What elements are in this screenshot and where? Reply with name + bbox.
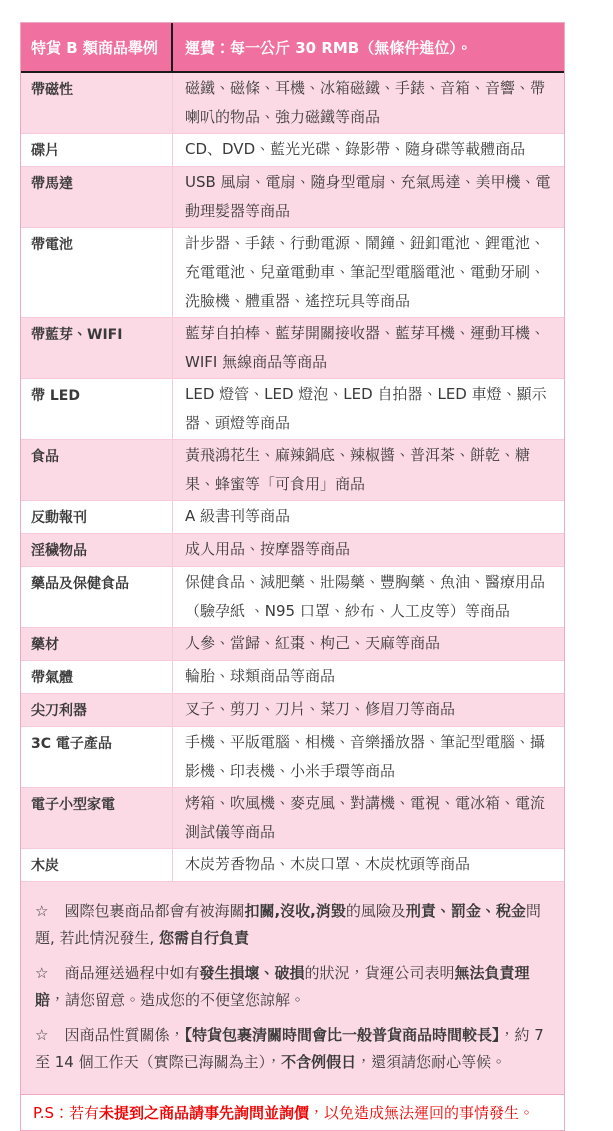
- items-cell: 手機、平版電腦、相機、音樂播放器、筆記型電腦、攝影機、印表機、小米手環等商品: [173, 727, 564, 787]
- note-text: 的風險及: [346, 902, 406, 920]
- items-cell: LED 燈管、LED 燈泡、LED 自拍器、LED 車燈、顯示器、頭燈等商品: [173, 379, 564, 439]
- table-row: 帶 LEDLED 燈管、LED 燈泡、LED 自拍器、LED 車燈、顯示器、頭燈…: [21, 378, 564, 439]
- note-text: 商品運送過程中如有: [64, 964, 199, 982]
- postscript-text: P.S：若有: [33, 1104, 99, 1122]
- header-category-cell: 特貨 B 類商品舉例: [21, 23, 173, 71]
- table-row: 帶馬達USB 風扇、電扇、隨身型電扇、充氣馬達、美甲機、電動理髮器等商品: [21, 166, 564, 227]
- postscript-text-bold: 未提到之商品請事先詢問並詢價: [99, 1104, 309, 1122]
- table-header-row: 特貨 B 類商品舉例 運費：每一公斤 30 RMB（無條件進位）。: [21, 23, 564, 73]
- star-icon: ☆: [35, 902, 48, 920]
- note-text-bold: 刑責、罰金、稅金: [406, 902, 526, 920]
- items-cell: 烤箱、吹風機、麥克風、對講機、電視、電冰箱、電流測試儀等商品: [173, 788, 564, 848]
- category-cell: 藥材: [21, 628, 173, 660]
- table-row: 反動報刊A 級書刊等商品: [21, 500, 564, 533]
- table-row: 帶氣體輪胎、球類商品等商品: [21, 660, 564, 693]
- items-cell: 黃飛鴻花生、麻辣鍋底、辣椒醬、普洱茶、餅乾、糖果、蜂蜜等「可食用」商品: [173, 440, 564, 500]
- category-cell: 食品: [21, 440, 173, 500]
- table-row: 尖刀利器叉子、剪刀、刀片、菜刀、修眉刀等商品: [21, 693, 564, 726]
- postscript-row: P.S：若有未提到之商品請事先詢問並詢價，以免造成無法運回的事情發生。: [21, 1094, 564, 1130]
- freight-table: 特貨 B 類商品舉例 運費：每一公斤 30 RMB（無條件進位）。 帶磁性磁鐵、…: [20, 22, 565, 1131]
- header-shipping-fee-cell: 運費：每一公斤 30 RMB（無條件進位）。: [173, 23, 564, 71]
- category-cell: 帶磁性: [21, 73, 173, 133]
- table-row: 淫穢物品成人用品、按摩器等商品: [21, 533, 564, 566]
- note-text-bold: 發生損壞、破損: [199, 964, 304, 982]
- category-cell: 帶馬達: [21, 167, 173, 227]
- note-text: ，請您留意。造成您的不便望您諒解。: [50, 991, 305, 1009]
- note-text-bold: 【特貨包裹清關時間會比一般普貨商品時間較長】: [184, 1026, 499, 1044]
- items-cell: 輪胎、球類商品等商品: [173, 661, 564, 693]
- items-cell: 藍芽自拍棒、藍芽開關接收器、藍芽耳機、運動耳機、WIFI 無線商品等商品: [173, 318, 564, 378]
- items-cell: A 級書刊等商品: [173, 501, 564, 533]
- note-paragraph: ☆商品運送過程中如有發生損壞、破損的狀況，貨運公司表明無法負責理賠，請您留意。造…: [35, 960, 550, 1014]
- table-row: 碟片CD、DVD、藍光光碟、錄影帶、隨身碟等載體商品: [21, 133, 564, 166]
- category-cell: 帶藍芽、WIFI: [21, 318, 173, 378]
- category-cell: 木炭: [21, 849, 173, 881]
- note-text: 因商品性質關係，: [64, 1026, 184, 1044]
- note-text: ，還須請您耐心等候。: [356, 1053, 506, 1071]
- category-cell: 碟片: [21, 134, 173, 166]
- table-row: 帶磁性磁鐵、磁條、耳機、冰箱磁鐵、手錶、音箱、音響、帶喇叭的物品、強力磁鐵等商品: [21, 73, 564, 133]
- table-row: 帶藍芽、WIFI藍芽自拍棒、藍芽開關接收器、藍芽耳機、運動耳機、WIFI 無線商…: [21, 317, 564, 378]
- items-cell: USB 風扇、電扇、隨身型電扇、充氣馬達、美甲機、電動理髮器等商品: [173, 167, 564, 227]
- category-cell: 帶 LED: [21, 379, 173, 439]
- table-row: 帶電池計步器、手錶、行動電源、鬧鐘、鈕釦電池、鋰電池、充電電池、兒童電動車、筆記…: [21, 227, 564, 317]
- table-row: 食品黃飛鴻花生、麻辣鍋底、辣椒醬、普洱茶、餅乾、糖果、蜂蜜等「可食用」商品: [21, 439, 564, 500]
- category-cell: 帶電池: [21, 228, 173, 317]
- items-cell: 保健食品、減肥藥、壯陽藥、豐胸藥、魚油、醫療用品（驗孕紙 、N95 口罩、紗布、…: [173, 567, 564, 627]
- note-text-bold: 不含例假日: [281, 1053, 356, 1071]
- category-cell: 電子小型家電: [21, 788, 173, 848]
- table-body: 帶磁性磁鐵、磁條、耳機、冰箱磁鐵、手錶、音箱、音響、帶喇叭的物品、強力磁鐵等商品…: [21, 73, 564, 881]
- note-text-bold: 您需自行負責: [159, 929, 249, 947]
- page: { "colors": { "header_bg": "#F0719F", "h…: [0, 0, 613, 1131]
- table-row: 木炭木炭芳香物品、木炭口罩、木炭枕頭等商品: [21, 848, 564, 881]
- category-cell: 反動報刊: [21, 501, 173, 533]
- category-cell: 淫穢物品: [21, 534, 173, 566]
- items-cell: 計步器、手錶、行動電源、鬧鐘、鈕釦電池、鋰電池、充電電池、兒童電動車、筆記型電腦…: [173, 228, 564, 317]
- star-icon: ☆: [35, 964, 48, 982]
- category-cell: 尖刀利器: [21, 694, 173, 726]
- items-cell: 成人用品、按摩器等商品: [173, 534, 564, 566]
- items-cell: 磁鐵、磁條、耳機、冰箱磁鐵、手錶、音箱、音響、帶喇叭的物品、強力磁鐵等商品: [173, 73, 564, 133]
- note-paragraph: ☆因商品性質關係，【特貨包裹清關時間會比一般普貨商品時間較長】，約 7 至 14…: [35, 1022, 550, 1076]
- table-row: 3C 電子產品手機、平版電腦、相機、音樂播放器、筆記型電腦、攝影機、印表機、小米…: [21, 726, 564, 787]
- star-icon: ☆: [35, 1026, 48, 1044]
- notes-section: ☆國際包裹商品都會有被海關扣關,沒收,消毀的風險及刑責、罰金、稅金問題, 若此情…: [21, 881, 564, 1094]
- items-cell: CD、DVD、藍光光碟、錄影帶、隨身碟等載體商品: [173, 134, 564, 166]
- category-cell: 3C 電子產品: [21, 727, 173, 787]
- table-row: 電子小型家電烤箱、吹風機、麥克風、對講機、電視、電冰箱、電流測試儀等商品: [21, 787, 564, 848]
- table-row: 藥品及保健食品保健食品、減肥藥、壯陽藥、豐胸藥、魚油、醫療用品（驗孕紙 、N95…: [21, 566, 564, 627]
- table-row: 藥材人參、當歸、紅棗、枸己、天麻等商品: [21, 627, 564, 660]
- category-cell: 藥品及保健食品: [21, 567, 173, 627]
- postscript-text: ，以免造成無法運回的事情發生。: [309, 1104, 534, 1122]
- note-text: 的狀況，貨運公司表明: [304, 964, 454, 982]
- items-cell: 叉子、剪刀、刀片、菜刀、修眉刀等商品: [173, 694, 564, 726]
- note-text-bold: 扣關,沒收,消毀: [244, 902, 345, 920]
- category-cell: 帶氣體: [21, 661, 173, 693]
- items-cell: 木炭芳香物品、木炭口罩、木炭枕頭等商品: [173, 849, 564, 881]
- note-paragraph: ☆國際包裹商品都會有被海關扣關,沒收,消毀的風險及刑責、罰金、稅金問題, 若此情…: [35, 898, 550, 952]
- items-cell: 人參、當歸、紅棗、枸己、天麻等商品: [173, 628, 564, 660]
- note-text: 國際包裹商品都會有被海關: [64, 902, 244, 920]
